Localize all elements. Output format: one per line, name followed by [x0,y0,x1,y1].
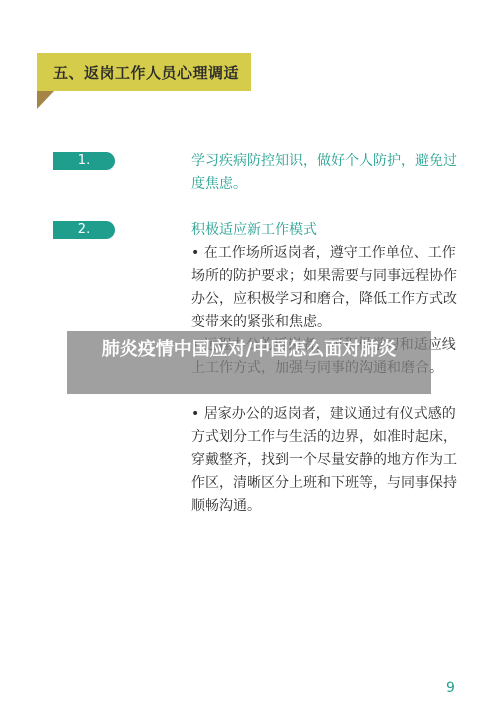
banner-fold-decoration [37,91,54,109]
section-banner: 五、返岗工作人员心理调适 [37,53,251,91]
item-1-text: 学习疾病防控知识，做好个人防护，避免过度焦虑。 [191,150,461,196]
item-2-heading: 积极适应新工作模式 [191,219,461,242]
item-number-badge-1: 1. [53,152,115,170]
watermark-overlay-caption: 肺炎疫情中国应对/中国怎么面对肺炎 [67,331,431,394]
page-number: 9 [446,680,455,696]
section-title: 五、返岗工作人员心理调适 [53,62,239,83]
item-number-badge-2: 2. [53,221,115,239]
item-2-bullet-3: • 居家办公的返岗者，建议通过有仪式感的方式划分工作与生活的边界，如准时起床，穿… [191,403,461,518]
item-2-bullet-1: • 在工作场所返岗者，遵守工作单位、工作场所的防护要求；如果需要与同事远程协作办… [191,242,461,334]
